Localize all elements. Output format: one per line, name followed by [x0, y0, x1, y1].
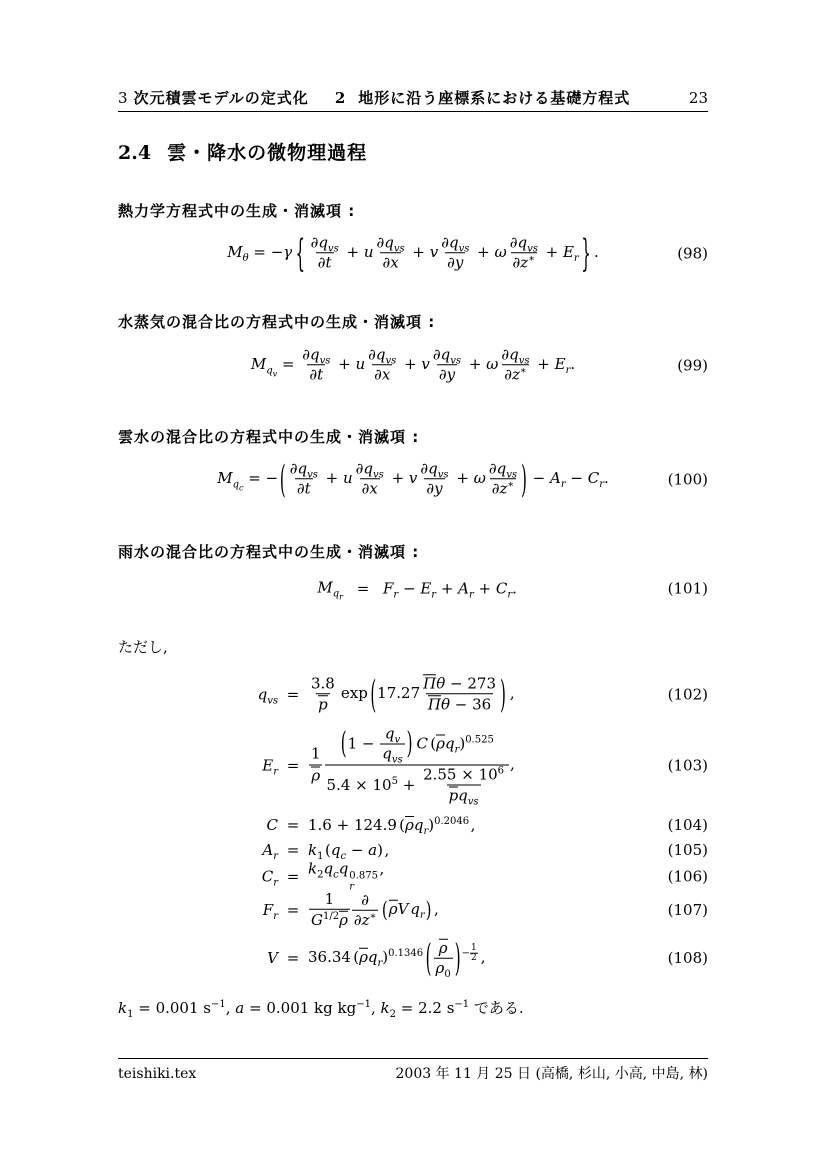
- tadashi-text: ただし,: [118, 636, 708, 657]
- label-rain-water-equation: 雨水の混合比の方程式中の生成・消滅項 :: [118, 541, 708, 562]
- equation-107-lhs: Fr: [118, 901, 278, 919]
- equation-107-number: (107): [668, 901, 708, 919]
- equation-104-lhs: C: [118, 816, 278, 834]
- equation-102-number: (102): [668, 685, 708, 703]
- equation-105-rhs: k1(qc − a),: [308, 841, 708, 859]
- equation-99-number: (99): [677, 356, 708, 374]
- equation-106-rhs: k2qcq0.875r,: [308, 860, 708, 893]
- equation-106-relation: =: [278, 867, 308, 885]
- chapter-number: 3: [118, 89, 128, 107]
- equation-102: qvs = 3.8pexp(17.27Πθ − 273Πθ − 36), (10…: [118, 674, 708, 714]
- running-header: 3 次元積雲モデルの定式化 2 地形に沿う座標系における基礎方程式 23: [118, 87, 708, 108]
- footer: teishiki.tex 2003 年 11 月 25 日 (高橋, 杉山, 小…: [118, 1063, 708, 1083]
- equation-98: Mθ = −γ{∂qvs∂t + u∂qvs∂x + v∂qvs∂y + ω∂q…: [118, 234, 708, 272]
- section-number: 2.4: [118, 142, 151, 164]
- equation-107: Fr = 1G1/2ρ∂∂z∗(ρVqr), (107): [118, 891, 708, 930]
- equation-104-rhs: 1.6 + 124.9(ρqr)0.2046,: [308, 816, 708, 834]
- label-vapor-equation: 水蒸気の混合比の方程式中の生成・消滅項 :: [118, 311, 708, 332]
- page-number: 23: [689, 89, 708, 107]
- equation-102-relation: =: [278, 685, 308, 703]
- section-heading: 2.4 雲・降水の微物理過程: [118, 138, 708, 165]
- header-rule: [118, 111, 708, 112]
- footer-rule: [118, 1058, 708, 1059]
- equation-105: Ar = k1(qc − a), (105): [118, 841, 708, 859]
- section-title: 雲・降水の微物理過程: [167, 138, 367, 165]
- header-section-number: 2: [335, 89, 345, 107]
- equation-100-number: (100): [668, 470, 708, 488]
- equation-107-relation: =: [278, 901, 308, 919]
- equation-101-rhs: Fr − Er + Ar + Cr.: [383, 579, 708, 597]
- equation-99: Mqv = ∂qvs∂t + u∂qvs∂x + v∂qvs∂y + ω∂qvs…: [118, 346, 708, 384]
- equation-101-relation: =: [343, 579, 383, 597]
- equation-101-number: (101): [668, 579, 708, 597]
- header-section-title: 地形に沿う座標系における基礎方程式: [358, 87, 630, 108]
- chapter-title: 次元積雲モデルの定式化: [134, 87, 309, 108]
- label-cloud-water-equation: 雲水の混合比の方程式中の生成・消滅項 :: [118, 426, 708, 447]
- equation-98-body: Mθ = −γ{∂qvs∂t + u∂qvs∂x + v∂qvs∂y + ω∂q…: [227, 234, 599, 272]
- footer-date-authors: 2003 年 11 月 25 日 (高橋, 杉山, 小高, 中島, 林): [396, 1063, 708, 1083]
- equation-106: Cr = k2qcq0.875r, (106): [118, 860, 708, 893]
- equation-101: Mqr = Fr − Er + Ar + Cr. (101): [118, 579, 708, 598]
- equation-102-rhs: 3.8pexp(17.27Πθ − 273Πθ − 36),: [308, 674, 708, 714]
- equation-103-rhs: 1ρ(1 − qvqvs)C(ρqr)0.5255.4 × 105 + 2.55…: [308, 726, 708, 805]
- equation-108-rhs: 36.34(ρqr)0.1346(ρρ0)−12,: [308, 939, 708, 978]
- equation-100: Mqc = −(∂qvs∂t + u∂qvs∂x + v∂qvs∂y + ω∂q…: [118, 460, 708, 498]
- equation-103: Er = 1ρ(1 − qvqvs)C(ρqr)0.5255.4 × 105 +…: [118, 726, 708, 805]
- equation-101-lhs: Mqr: [118, 579, 343, 598]
- equation-104-number: (104): [668, 816, 708, 834]
- document-page: { "header": { "title_number": "3", "titl…: [0, 0, 826, 1169]
- equation-108: V = 36.34(ρqr)0.1346(ρρ0)−12, (108): [118, 939, 708, 978]
- equation-104-relation: =: [278, 816, 308, 834]
- equation-104: C = 1.6 + 124.9(ρqr)0.2046, (104): [118, 816, 708, 834]
- equation-103-relation: =: [278, 756, 308, 774]
- equation-99-body: Mqv = ∂qvs∂t + u∂qvs∂x + v∂qvs∂y + ω∂qvs…: [251, 346, 575, 384]
- equation-107-rhs: 1G1/2ρ∂∂z∗(ρVqr),: [308, 891, 708, 930]
- equation-98-number: (98): [677, 244, 708, 262]
- equation-103-number: (103): [668, 756, 708, 774]
- equation-105-number: (105): [668, 841, 708, 859]
- equation-102-lhs: qvs: [118, 685, 278, 703]
- equation-103-lhs: Er: [118, 756, 278, 774]
- closing-parameters-line: k1 = 0.001 s−1, a = 0.001 kg kg−1, k2 = …: [118, 997, 708, 1018]
- equation-105-lhs: Ar: [118, 841, 278, 859]
- equation-108-lhs: V: [118, 949, 278, 967]
- equation-108-number: (108): [668, 949, 708, 967]
- label-thermo-equation: 熱力学方程式中の生成・消滅項 :: [118, 200, 708, 221]
- equation-108-relation: =: [278, 949, 308, 967]
- equation-106-lhs: Cr: [118, 867, 278, 885]
- equation-106-number: (106): [668, 867, 708, 885]
- footer-filename: teishiki.tex: [118, 1066, 196, 1082]
- equation-105-relation: =: [278, 841, 308, 859]
- equation-100-body: Mqc = −(∂qvs∂t + u∂qvs∂x + v∂qvs∂y + ω∂q…: [217, 460, 609, 498]
